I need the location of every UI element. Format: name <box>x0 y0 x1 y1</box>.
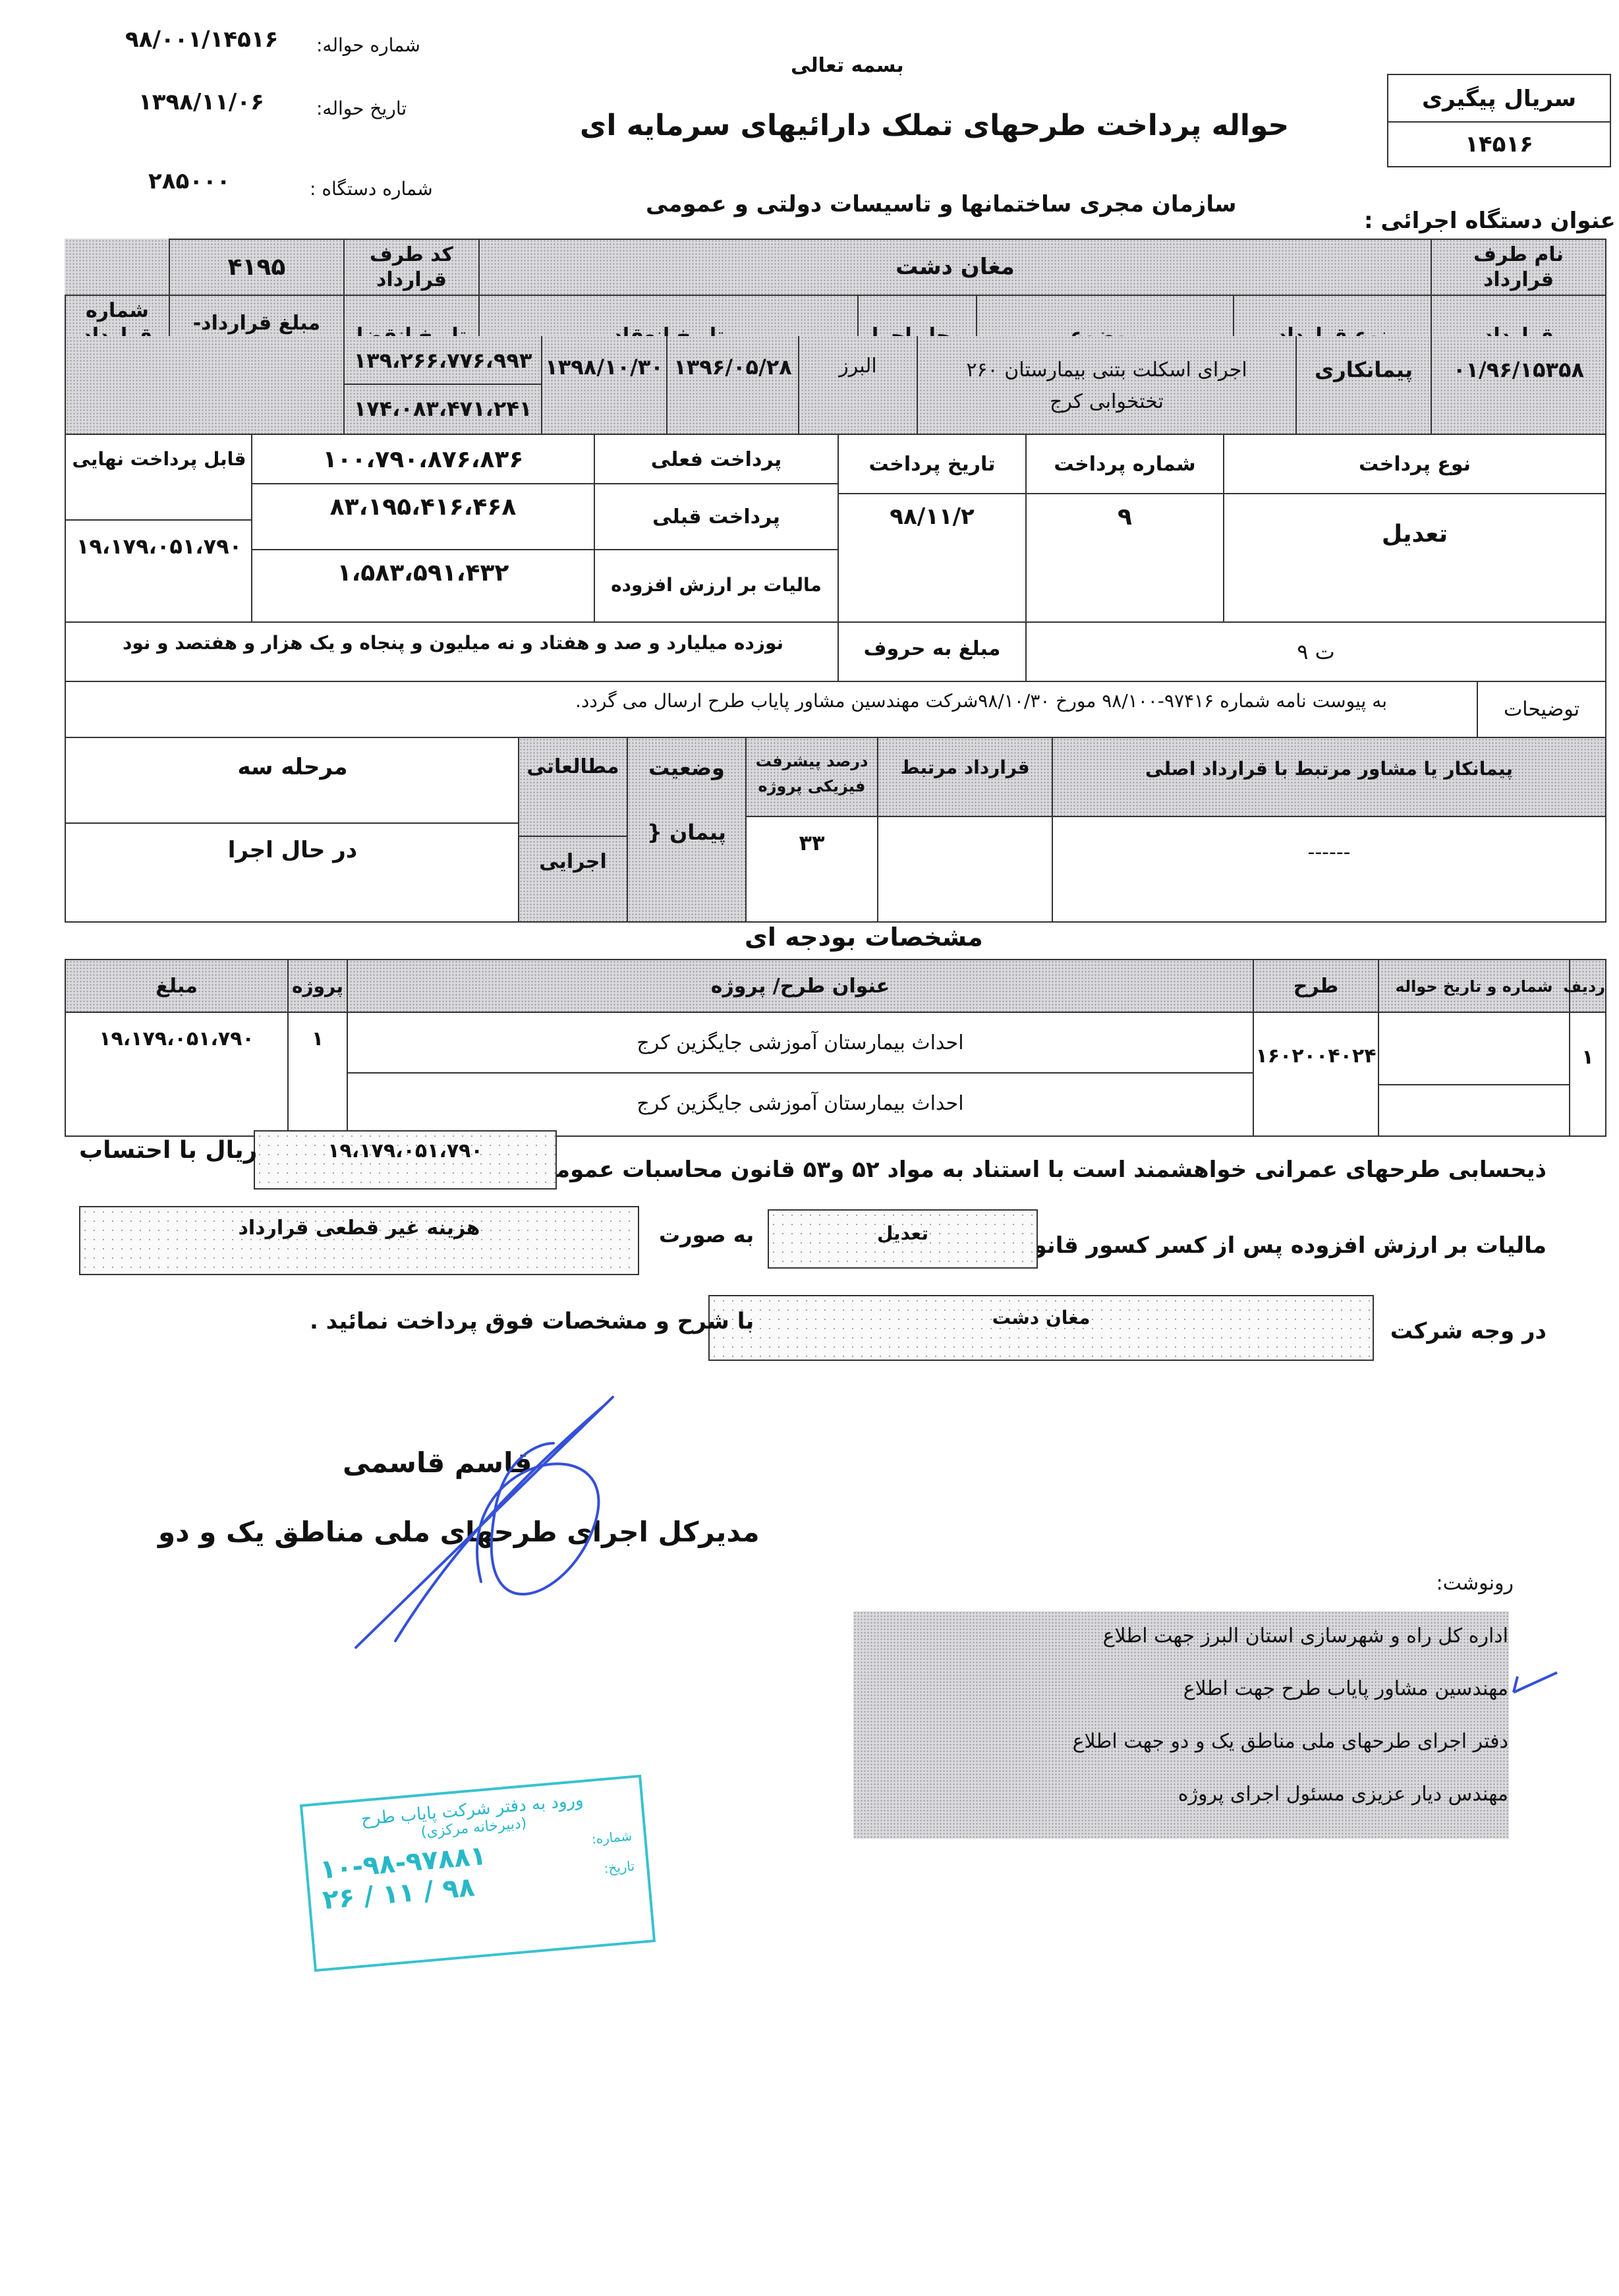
related-contractor-header: پیمانکار یا مشاور مرتبط با قرارداد اصلی <box>1052 738 1605 817</box>
contract-number-value: ۰۱/۹۶/۱۵۳۵۸ <box>1431 336 1605 434</box>
executive-org-label: عنوان دستگاه اجرائی : <box>1364 208 1616 234</box>
study-label: مطالعاتی <box>519 738 627 837</box>
stage-value: در حال اجرا <box>66 824 519 863</box>
payment-type-value: تعدیل <box>1224 494 1605 548</box>
budget-col-amount: مبلغ <box>66 960 287 1013</box>
payment-block: نوع پرداخت تعدیل شماره پرداخت ۹ تاریخ پر… <box>65 435 1606 623</box>
related-contract-value <box>877 817 1052 921</box>
executive-org-value: سازمان مجری ساختمانها و تاسیسات دولتی و … <box>646 191 1237 217</box>
remittance-date-value: ۱۳۹۸/۱۱/۰۶ <box>138 89 264 115</box>
contract-amount-cell: ۱۳۹،۲۶۶،۷۷۶،۹۹۳ ۱۷۴،۰۸۳،۴۷۱،۲۴۱ <box>343 336 541 434</box>
checkmark-icon <box>1512 1667 1558 1696</box>
payment-code-value: ت ۹ <box>1025 623 1605 681</box>
instruction-line3-text: در وجه شرکت <box>1390 1318 1547 1344</box>
party-code-value: ۴۱۹۵ <box>169 239 344 295</box>
payment-number-cell: شماره پرداخت ۹ <box>1025 435 1223 621</box>
vat-value: ۱،۵۸۳،۵۹۱،۴۳۲ <box>252 550 594 620</box>
payment-date-label: تاریخ پرداخت <box>839 435 1025 494</box>
budget-row-amount: ۱۹،۱۷۹،۰۵۱،۷۹۰ <box>66 1013 287 1135</box>
notes-label: توضیحات <box>1477 682 1605 737</box>
conclusion-date-value: ۱۳۹۶/۰۵/۲۸ <box>666 336 798 434</box>
device-number-value: ۲۸۵۰۰۰ <box>148 168 231 194</box>
signature-scribble <box>316 1384 646 1648</box>
amount-current-value: ۱۷۴،۰۸۳،۴۷۱،۲۴۱ <box>345 385 541 432</box>
instruction-reason-box: تعدیل <box>768 1209 1038 1269</box>
notes-row: توضیحات به پیوست نامه شماره ۹۷۴۱۶-۹۸/۱۰۰… <box>65 682 1606 738</box>
payment-number-value: ۹ <box>1027 494 1223 531</box>
tracking-serial-box: سریال پیگیری ۱۴۵۱۶ <box>1387 74 1611 167</box>
payment-values-col: ۱۰۰،۷۹۰،۸۷۶،۸۳۶ ۸۳،۱۹۵،۴۱۶،۴۶۸ ۱،۵۸۳،۵۹۱… <box>251 435 594 621</box>
remittance-number-label: شماره حواله: <box>316 34 420 56</box>
current-payment-value: ۱۰۰،۷۹۰،۸۷۶،۸۳۶ <box>252 435 594 484</box>
stamp-number-label: شماره: <box>591 1827 634 1861</box>
cc-item-3: دفتر اجرای طرحهای ملی مناطق یک و دو جهت … <box>1073 1730 1508 1753</box>
budget-title-line-1: احداث بیمارستان آموزشی جایگزین کرج <box>348 1013 1253 1074</box>
budget-col-plan: طرح <box>1253 960 1378 1013</box>
instruction-line1-suffix: ریال با احتساب <box>79 1137 257 1164</box>
amount-words-row: ت ۹ مبلغ به حروف نوزده میلیارد و صد و هف… <box>65 623 1606 682</box>
bismillah: بسمه تعالی <box>791 54 904 77</box>
payment-date-cell: تاریخ پرداخت ۹۸/۱۱/۲ <box>838 435 1025 621</box>
status-table: پیمانکار یا مشاور مرتبط با قرارداد اصلی … <box>65 738 1606 923</box>
notes-text: به پیوست نامه شماره ۹۷۴۱۶-۹۸/۱۰۰ مورخ ۹۸… <box>66 682 1479 737</box>
budget-col-title: عنوان طرح/ پروژه <box>347 960 1253 1013</box>
budget-row-plan: ۱۶۰۲۰۰۴۰۲۴ <box>1253 1013 1378 1135</box>
tracking-serial-label: سریال پیگیری <box>1388 75 1610 123</box>
payment-type-cell: نوع پرداخت تعدیل <box>1223 435 1605 621</box>
status-header: وضعیت <box>628 738 745 780</box>
received-stamp: ورود به دفتر شرکت پایاب طرح (دبیرخانه مر… <box>300 1775 656 1972</box>
budget-title: مشخصات بودجه ای <box>745 923 983 952</box>
amount-initial-value: ۱۳۹،۲۶۶،۷۷۶،۹۹۳ <box>345 336 541 385</box>
study-exec-col: مطالعاتی اجرایی <box>518 738 627 921</box>
remittance-number-value: ۹۸/۰۰۱/۱۴۵۱۶ <box>125 26 278 53</box>
budget-col-remittance: شماره و تاریخ حواله <box>1378 960 1569 1013</box>
budget-row-remittance <box>1378 1013 1569 1135</box>
instruction-line1-text: ذیحسابی طرحهای عمرانی خواهشمند است با اس… <box>478 1157 1547 1183</box>
budget-row-number: ۱ <box>1569 1013 1605 1135</box>
previous-payment-label: پرداخت قبلی <box>595 484 838 550</box>
party-name-value: مغان دشت <box>479 239 1431 295</box>
payment-date-value: ۹۸/۱۱/۲ <box>839 494 1025 530</box>
payment-labels-col: پرداخت فعلی پرداخت قبلی مالیات بر ارزش ا… <box>594 435 838 621</box>
cc-item-2: مهندسین مشاور پایاب طرح جهت اطلاع <box>1183 1677 1508 1700</box>
budget-col-row: ردیف <box>1569 960 1605 1013</box>
stamp-date-label: تاریخ: <box>604 1858 637 1891</box>
instruction-line3-suffix: با شرح و مشخصات فوق پرداخت نمائید . <box>310 1308 754 1335</box>
instruction-company-box: مغان دشت <box>708 1295 1374 1361</box>
contract-values-row: ۰۱/۹۶/۱۵۳۵۸ پیمانکاری اجرای اسکلت بتنی ب… <box>65 336 1606 435</box>
payment-type-label: نوع پرداخت <box>1224 435 1605 494</box>
remittance-date-label: تاریخ حواله: <box>316 98 407 119</box>
cc-label: رونوشت: <box>1436 1572 1514 1595</box>
previous-payment-value: ۸۳،۱۹۵،۴۱۶،۴۶۸ <box>252 484 594 550</box>
progress-value: ۳۳ <box>745 817 877 921</box>
vat-label: مالیات بر ارزش افزوده <box>595 550 838 620</box>
instruction-line2-mid: به صورت <box>659 1222 754 1248</box>
progress-header: درصد پیشرفت فیزیکی پروژه <box>745 738 877 817</box>
party-code-label: کد طرف قرارداد <box>344 239 479 295</box>
party-name-label: نام طرف قرارداد <box>1431 239 1606 295</box>
stage-label: مرحله سه <box>66 738 519 824</box>
current-payment-label: پرداخت فعلی <box>595 435 838 484</box>
cc-item-1: اداره کل راه و شهرسازی استان البرز جهت ا… <box>1103 1624 1508 1648</box>
instruction-amount-box: ۱۹،۱۷۹،۰۵۱،۷۹۰ <box>254 1130 557 1190</box>
final-payable-cell: قابل پرداخت نهایی ۱۹،۱۷۹،۰۵۱،۷۹۰ <box>66 435 252 621</box>
related-contractor-value: ------ <box>1052 817 1605 921</box>
final-payable-label: قابل پرداخت نهایی <box>66 435 252 521</box>
budget-title-line-2: احداث بیمارستان آموزشی جایگزین کرج <box>348 1074 1253 1134</box>
contract-subject-value: اجرای اسکلت بتنی بیمارستان ۲۶۰ تختخوابی … <box>917 336 1295 434</box>
budget-row-titles: احداث بیمارستان آموزشی جایگزین کرج احداث… <box>347 1013 1253 1135</box>
amount-words-label: مبلغ به حروف <box>838 623 1025 681</box>
related-contract-header: قرارداد مرتبط <box>877 738 1052 817</box>
contract-location-value: البرز <box>798 336 917 434</box>
payment-number-label: شماره پرداخت <box>1027 435 1223 494</box>
budget-row-project: ۱ <box>287 1013 347 1135</box>
instruction-form-box: هزینه غیر قطعی قرارداد <box>79 1206 639 1275</box>
device-number-label: شماره دستگاه : <box>310 178 433 200</box>
budget-table: ردیف شماره و تاریخ حواله طرح عنوان طرح/ … <box>65 959 1606 1137</box>
budget-col-project: پروژه <box>287 960 347 1013</box>
status-col: وضعیت پیمان { <box>627 738 745 921</box>
tracking-serial-value: ۱۴۵۱۶ <box>1388 123 1610 166</box>
contract-type-value: پیمانکاری <box>1295 336 1431 434</box>
expiry-date-value: ۱۳۹۸/۱۰/۳۰ <box>541 336 666 434</box>
budget-remittance-cell-1 <box>1379 1013 1569 1085</box>
final-payable-value: ۱۹،۱۷۹،۰۵۱،۷۹۰ <box>66 521 252 559</box>
document-title: حواله پرداخت طرحهای تملک دارائیهای سرمای… <box>580 109 1289 142</box>
cc-item-4: مهندس دیار عزیزی مسئول اجرای پروژه <box>1178 1783 1508 1806</box>
execution-label: اجرایی <box>519 837 627 873</box>
stage-col: مرحله سه در حال اجرا <box>66 738 519 921</box>
status-value: پیمان { <box>628 780 745 845</box>
supplement-number-value <box>66 336 346 434</box>
amount-words-value: نوزده میلیارد و صد و هفتاد و نه میلیون و… <box>66 623 840 681</box>
